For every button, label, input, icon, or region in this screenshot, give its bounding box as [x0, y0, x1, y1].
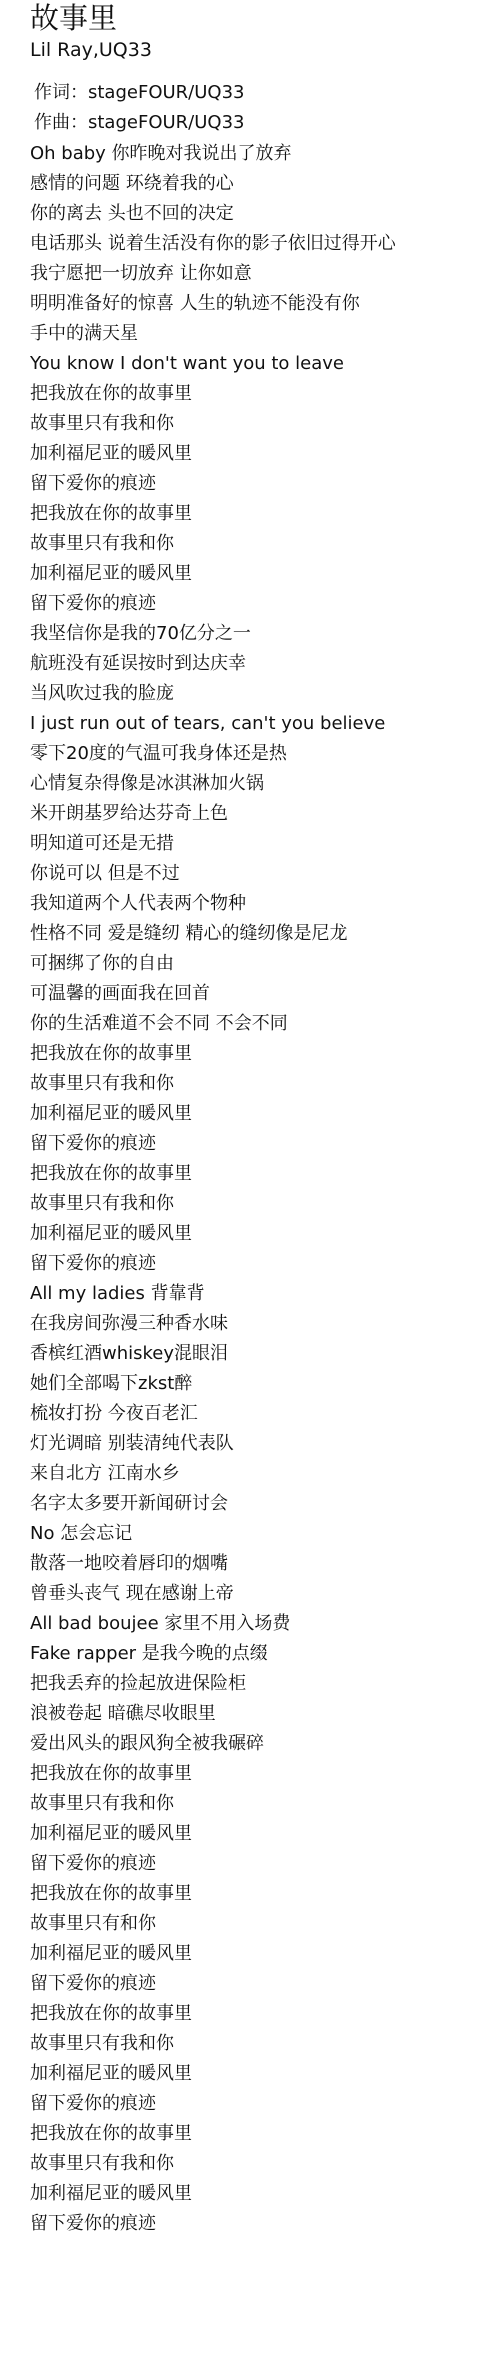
- lyric-line: 我坚信你是我的70亿分之一: [30, 619, 500, 649]
- lyric-line: 零下20度的气温可我身体还是热: [30, 739, 500, 769]
- lyric-line: 她们全部喝下zkst醉: [30, 1369, 500, 1399]
- lyric-line: 明明准备好的惊喜 人生的轨迹不能没有你: [30, 289, 500, 319]
- lyric-line: 留下爱你的痕迹: [30, 1969, 500, 1999]
- lyrics-body: Oh baby 你昨晚对我说出了放弃感情的问题 环绕着我的心你的离去 头也不回的…: [30, 139, 500, 2239]
- lyric-line: 故事里只有我和你: [30, 1189, 500, 1219]
- lyric-line: 加利福尼亚的暖风里: [30, 2179, 500, 2209]
- lyrics-page: 故事里 Lil Ray,UQ33 作词：stageFOUR/UQ33 作曲：st…: [0, 0, 500, 2239]
- lyric-line: 性格不同 爱是缝纫 精心的缝纫像是尼龙: [30, 919, 500, 949]
- lyric-line: I just run out of tears, can't you belie…: [30, 709, 500, 739]
- lyric-line: 留下爱你的痕迹: [30, 589, 500, 619]
- lyric-line: 来自北方 江南水乡: [30, 1459, 500, 1489]
- composer-credit: 作曲：stageFOUR/UQ33: [34, 108, 500, 138]
- lyric-line: 我宁愿把一切放弃 让你如意: [30, 259, 500, 289]
- lyric-line: All bad boujee 家里不用入场费: [30, 1609, 500, 1639]
- lyric-line: 当风吹过我的脸庞: [30, 679, 500, 709]
- lyric-line: 把我放在你的故事里: [30, 1999, 500, 2029]
- lyric-line: 加利福尼亚的暖风里: [30, 1939, 500, 1969]
- lyricist-credit: 作词：stageFOUR/UQ33: [34, 78, 500, 108]
- lyric-line: 故事里只有我和你: [30, 1069, 500, 1099]
- lyric-line: 在我房间弥漫三种香水味: [30, 1309, 500, 1339]
- lyric-line: 感情的问题 环绕着我的心: [30, 169, 500, 199]
- lyric-line: 浪被卷起 暗礁尽收眼里: [30, 1699, 500, 1729]
- lyric-line: 留下爱你的痕迹: [30, 2209, 500, 2239]
- lyric-line: 我知道两个人代表两个物种: [30, 889, 500, 919]
- lyric-line: Oh baby 你昨晚对我说出了放弃: [30, 139, 500, 169]
- lyric-line: 加利福尼亚的暖风里: [30, 1819, 500, 1849]
- lyric-line: 你的离去 头也不回的决定: [30, 199, 500, 229]
- lyric-line: Fake rapper 是我今晚的点缀: [30, 1639, 500, 1669]
- lyric-line: 加利福尼亚的暖风里: [30, 439, 500, 469]
- lyric-line: 米开朗基罗给达芬奇上色: [30, 799, 500, 829]
- song-title: 故事里: [30, 0, 500, 36]
- lyric-line: 故事里只有和你: [30, 1909, 500, 1939]
- lyric-line: 曾垂头丧气 现在感谢上帝: [30, 1579, 500, 1609]
- lyric-line: 留下爱你的痕迹: [30, 469, 500, 499]
- lyric-line: 把我放在你的故事里: [30, 499, 500, 529]
- lyric-line: 航班没有延误按时到达庆幸: [30, 649, 500, 679]
- lyric-line: 故事里只有我和你: [30, 2149, 500, 2179]
- lyric-line: 故事里只有我和你: [30, 1789, 500, 1819]
- lyric-line: 故事里只有我和你: [30, 409, 500, 439]
- lyric-line: 把我丢弃的捡起放进保险柜: [30, 1669, 500, 1699]
- lyric-line: 留下爱你的痕迹: [30, 1849, 500, 1879]
- lyric-line: 明知道可还是无措: [30, 829, 500, 859]
- lyric-line: 灯光调暗 别装清纯代表队: [30, 1429, 500, 1459]
- lyric-line: You know I don't want you to leave: [30, 349, 500, 379]
- lyric-line: 留下爱你的痕迹: [30, 1129, 500, 1159]
- lyric-line: 把我放在你的故事里: [30, 379, 500, 409]
- lyric-line: 加利福尼亚的暖风里: [30, 559, 500, 589]
- artist-name: Lil Ray,UQ33: [30, 38, 500, 62]
- lyric-line: 手中的满天星: [30, 319, 500, 349]
- lyric-line: 把我放在你的故事里: [30, 1759, 500, 1789]
- lyric-line: 加利福尼亚的暖风里: [30, 1099, 500, 1129]
- lyric-line: 把我放在你的故事里: [30, 2119, 500, 2149]
- lyric-line: 加利福尼亚的暖风里: [30, 2059, 500, 2089]
- lyric-line: No 怎会忘记: [30, 1519, 500, 1549]
- lyric-line: 把我放在你的故事里: [30, 1039, 500, 1069]
- lyric-line: 你说可以 但是不过: [30, 859, 500, 889]
- lyric-line: 故事里只有我和你: [30, 2029, 500, 2059]
- credits-block: 作词：stageFOUR/UQ33 作曲：stageFOUR/UQ33: [30, 78, 500, 138]
- lyric-line: 心情复杂得像是冰淇淋加火锅: [30, 769, 500, 799]
- lyric-line: 可捆绑了你的自由: [30, 949, 500, 979]
- lyric-line: 把我放在你的故事里: [30, 1159, 500, 1189]
- lyric-line: 香槟红酒whiskey混眼泪: [30, 1339, 500, 1369]
- lyric-line: 电话那头 说着生活没有你的影子依旧过得开心: [30, 229, 500, 259]
- lyric-line: 留下爱你的痕迹: [30, 1249, 500, 1279]
- lyric-line: 可温馨的画面我在回首: [30, 979, 500, 1009]
- lyric-line: 散落一地咬着唇印的烟嘴: [30, 1549, 500, 1579]
- lyric-line: 故事里只有我和你: [30, 529, 500, 559]
- lyric-line: 把我放在你的故事里: [30, 1879, 500, 1909]
- lyric-line: 名字太多要开新闻研讨会: [30, 1489, 500, 1519]
- lyric-line: 你的生活难道不会不同 不会不同: [30, 1009, 500, 1039]
- lyric-line: 爱出风头的跟风狗全被我碾碎: [30, 1729, 500, 1759]
- lyric-line: All my ladies 背靠背: [30, 1279, 500, 1309]
- lyric-line: 加利福尼亚的暖风里: [30, 1219, 500, 1249]
- lyric-line: 梳妆打扮 今夜百老汇: [30, 1399, 500, 1429]
- lyric-line: 留下爱你的痕迹: [30, 2089, 500, 2119]
